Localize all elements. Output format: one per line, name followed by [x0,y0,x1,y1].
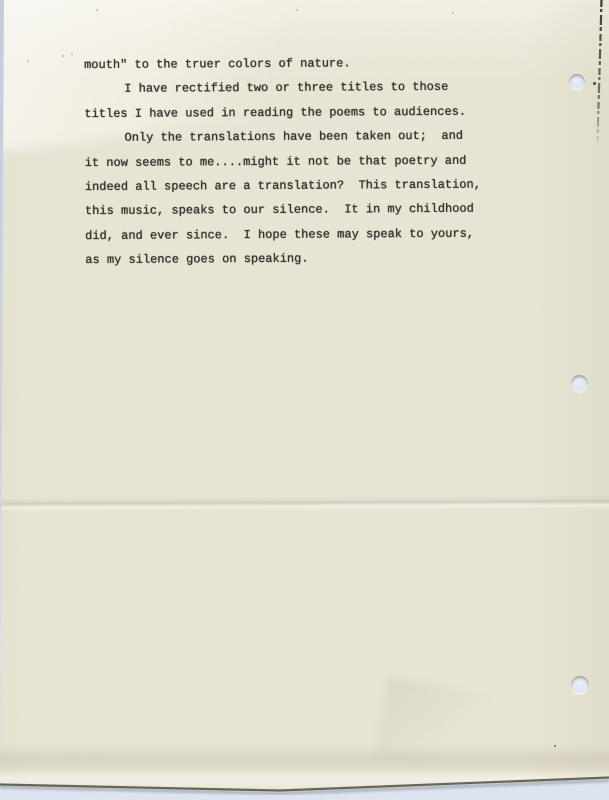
paper-edge-lines [0,0,609,800]
paper-speck [452,12,454,14]
paper-speck [96,9,98,11]
paper-speck [27,60,29,62]
paper-speck [62,55,64,57]
paper-speck [593,82,596,85]
punch-hole-middle [571,375,588,392]
punch-hole-top [569,74,585,90]
paper-speck [554,745,556,747]
paper-speck [296,9,298,11]
punch-hole-bottom [571,676,589,694]
paper-speck [71,53,73,55]
